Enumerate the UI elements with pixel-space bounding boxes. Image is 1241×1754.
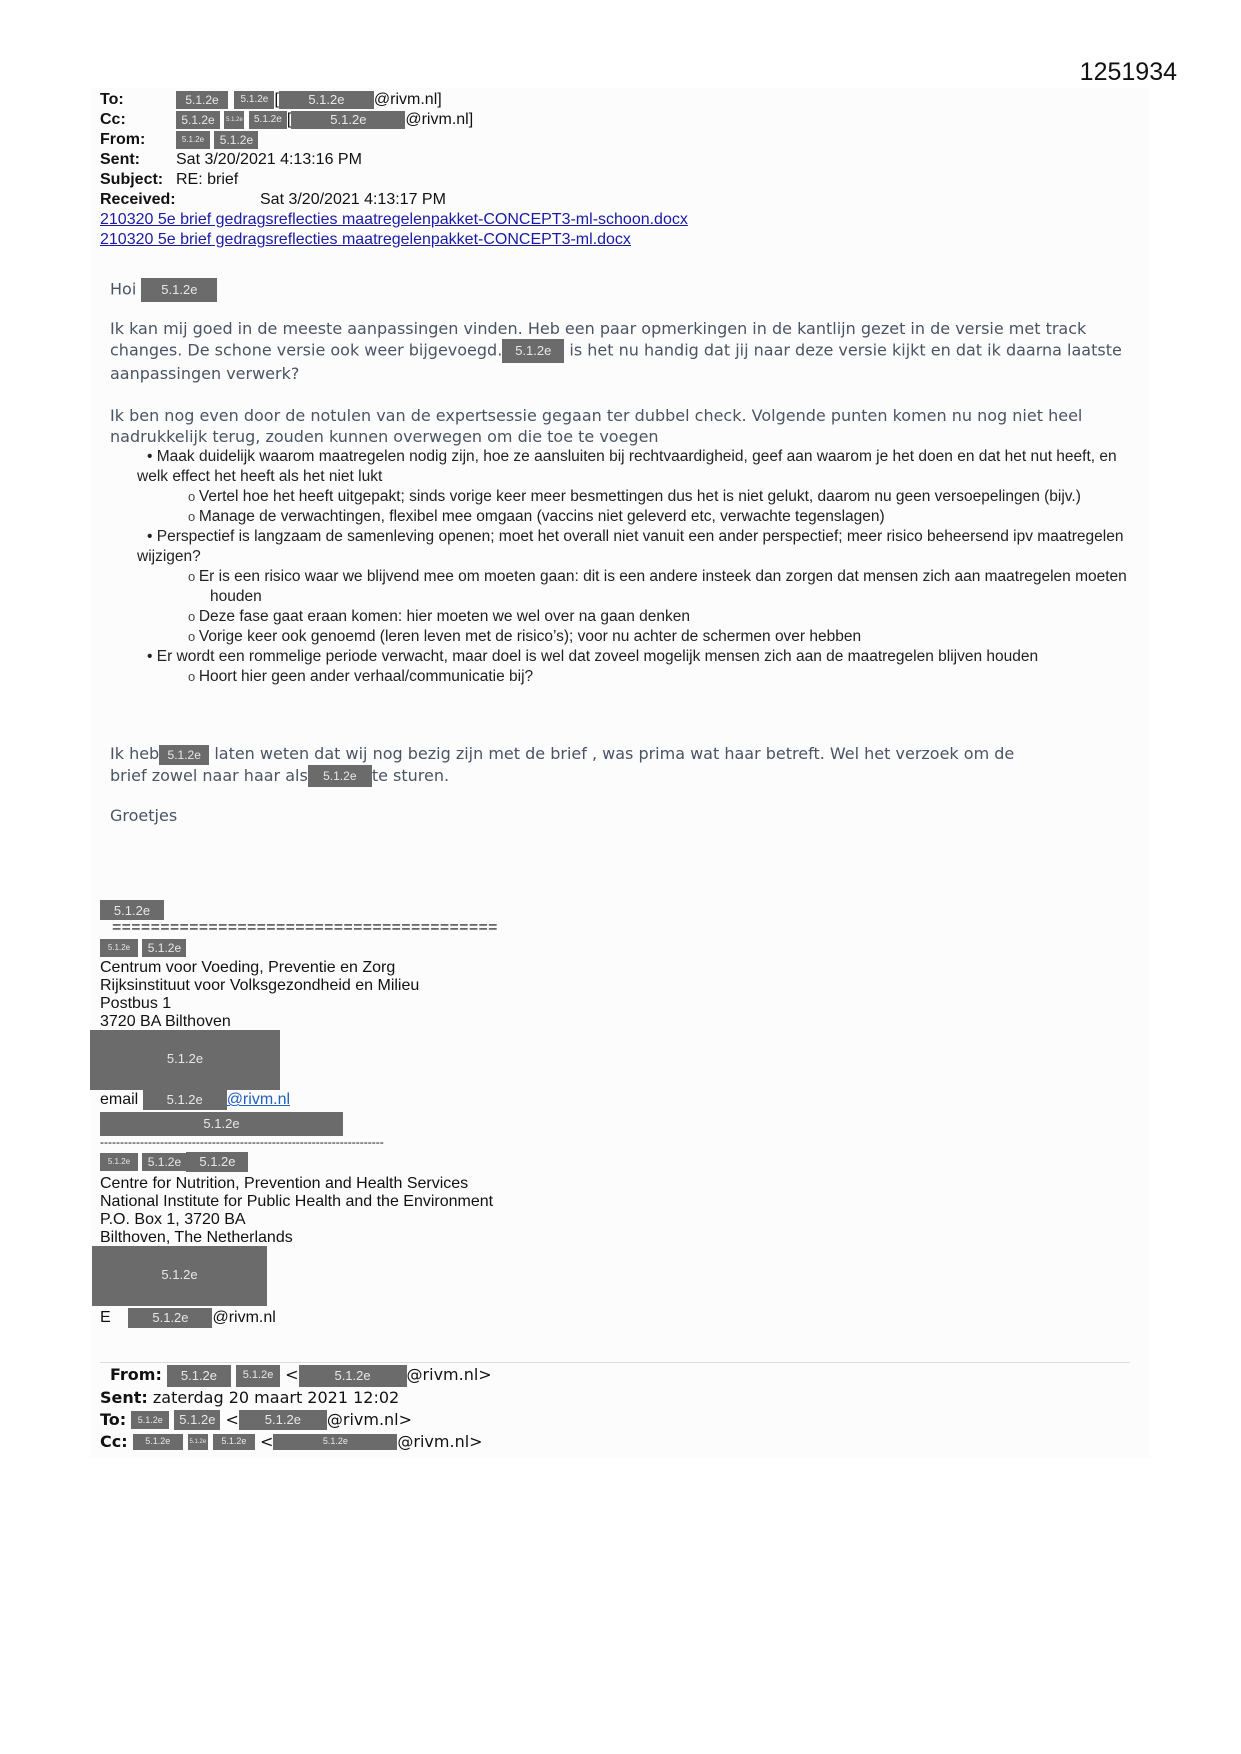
redaction: 5.1.2e [273,1434,397,1450]
address-line: Centre for Nutrition, Prevention and Hea… [100,1174,498,1192]
greeting-text: Hoi [110,280,136,299]
fwd-cc-suffix: @rivm.nl> [397,1432,482,1451]
paragraph-3c: brief zowel naar haar als [110,766,308,785]
email-link[interactable]: @rivm.nl [227,1091,290,1108]
sent-value: Sat 3/20/2021 4:13:16 PM [176,151,362,168]
bullet-icon: • [137,528,157,545]
redaction: 5.1.2e [100,1153,138,1171]
redaction: 5.1.2e [224,111,244,129]
fwd-from-label: From: [110,1365,162,1384]
circle-bullet-icon: o [188,609,199,624]
redaction: 5.1.2e [167,1365,231,1387]
attachment-link-tracked[interactable]: 210320 5e brief gedragsreflecties maatre… [100,231,631,248]
sub-bullet-text: Vorige keer ook genoemd (leren leven met… [199,628,861,645]
email-label: email [100,1091,138,1108]
sub-bullet-item: o Manage de verwachtingen, flexibel mee … [188,507,1140,527]
redaction: 5.1.2e [176,91,228,109]
fwd-cc-label: Cc: [100,1432,128,1451]
address-line: Centrum voor Voeding, Preventie en Zorg [100,958,498,976]
address-line: National Institute for Public Health and… [100,1192,498,1210]
bullet-list: • Maak duidelijk waarom maatregelen nodi… [110,447,1140,687]
bullet-text: Maak duidelijk waarom maatregelen nodig … [137,448,1117,485]
received-row: Received:Sat 3/20/2021 4:13:17 PM [100,190,688,210]
subject-row: Subject:RE: brief [100,170,688,190]
redaction: 5.1.2e [133,1434,183,1450]
bullet-item: • Er wordt een rommelige periode verwach… [145,647,1140,687]
redaction: 5.1.2e [188,1434,208,1450]
redaction: 5.1.2e [213,1434,255,1450]
redaction: 5.1.2e [128,1308,212,1328]
redaction: 5.1.2e [291,111,405,129]
signature: 5.1.2e =================================… [100,900,498,1332]
redaction: 5.1.2e [143,1090,227,1110]
circle-bullet-icon: o [188,569,199,584]
fwd-from-suffix: @rivm.nl> [407,1365,492,1384]
bullet-text: • Er wordt een rommelige periode verwach… [137,647,1140,667]
sub-bullet-item: o Vorige keer ook genoemd (leren leven m… [188,627,1140,647]
redaction: 5.1.2e [249,111,287,129]
address-line: Postbus 1 [100,994,498,1012]
redaction: 5.1.2e [176,131,210,149]
e-label: E [100,1309,111,1326]
address-line: P.O. Box 1, 3720 BA [100,1210,498,1228]
to-suffix: @rivm.nl] [374,91,442,108]
redaction: 5.1.2e [100,939,138,957]
from-row: From:5.1.2e 5.1.2e [100,130,688,150]
received-value: Sat 3/20/2021 4:13:17 PM [260,191,446,208]
sub-bullet-text: Vertel hoe het heeft uitgepakt; sinds vo… [199,488,1081,505]
bullet-text: • Perspectief is langzaam de samenleving… [137,527,1140,567]
cc-label: Cc: [100,110,184,130]
redaction: 5.1.2e [90,1030,280,1090]
bullet-item: • Maak duidelijk waarom maatregelen nodi… [145,447,1140,527]
email-body: Hoi 5.1.2e Ik kan mij goed in de meeste … [110,278,1140,826]
subject-value: RE: brief [176,171,238,188]
sub-bullet-text: Deze fase gaat eraan komen: hier moeten … [199,608,690,625]
fwd-to-suffix: @rivm.nl> [327,1410,412,1429]
closing: Groetjes [110,805,1140,826]
bullet-text: Perspectief is langzaam de samenleving o… [137,528,1123,565]
redaction: 5.1.2e [100,1112,343,1136]
greeting: Hoi 5.1.2e [110,278,1140,302]
received-label: Received: [100,190,260,210]
redaction: 5.1.2e [100,900,164,920]
redaction: 5.1.2e [131,1411,169,1429]
redaction: 5.1.2e [308,765,372,787]
redaction: 5.1.2e [299,1365,407,1387]
sub-bullet-item: o Deze fase gaat eraan komen: hier moete… [188,607,1140,627]
document-number: 1251934 [1080,58,1177,87]
redaction: 5.1.2e [92,1246,267,1306]
paragraph-2: Ik ben nog even door de notulen van de e… [110,405,1140,447]
redaction: 5.1.2e [159,745,209,765]
fwd-to-label: To: [100,1410,126,1429]
circle-bullet-icon: o [188,509,199,524]
fwd-sent-label: Sent: [100,1388,148,1407]
address-line: Rijksinstituut voor Volksgezondheid en M… [100,976,498,994]
address-en: Centre for Nutrition, Prevention and Hea… [100,1174,498,1246]
sub-bullet-item: o Er is een risico waar we blijvend mee … [188,567,1140,607]
redaction: 5.1.2e [214,131,258,149]
redaction: 5.1.2e [239,1410,327,1430]
attachment-link-clean[interactable]: 210320 5e brief gedragsreflecties maatre… [100,211,688,228]
bullet-text: • Maak duidelijk waarom maatregelen nodi… [137,447,1140,487]
subject-label: Subject: [100,170,184,190]
paragraph-3: Ik heb5.1.2e laten weten dat wij nog bez… [110,743,1140,787]
address-nl: Centrum voor Voeding, Preventie en ZorgR… [100,958,498,1030]
from-label: From: [100,130,184,150]
sub-bullet-text: Manage de verwachtingen, flexibel mee om… [199,508,885,525]
bullet-text: Er wordt een rommelige periode verwacht,… [157,648,1038,665]
lt: < [225,1410,238,1429]
paragraph-3b: laten weten dat wij nog bezig zijn met d… [214,744,1014,763]
address-line: 3720 BA Bilthoven [100,1012,498,1030]
redaction: 5.1.2e [176,111,220,129]
circle-bullet-icon: o [188,489,199,504]
cc-suffix: @rivm.nl] [405,111,473,128]
sent-row: Sent:Sat 3/20/2021 4:13:16 PM [100,150,688,170]
redaction: 5.1.2e [186,1152,248,1172]
circle-bullet-icon: o [188,629,199,644]
to-row: To:5.1.2e 5.1.2e[5.1.2e@rivm.nl] [100,90,688,110]
bullet-icon: • [137,648,157,665]
redaction: 5.1.2e [502,339,564,363]
divider [100,1362,1130,1363]
lt: < [260,1432,273,1451]
sent-label: Sent: [100,150,184,170]
e-domain: @rivm.nl [212,1309,275,1326]
redaction: 5.1.2e [279,91,374,109]
separator-dash: ----------------------------------------… [100,1136,498,1152]
paragraph-1: Ik kan mij goed in de meeste aanpassinge… [110,318,1140,384]
cc-row: Cc:5.1.2e 5.1.2e 5.1.2e[5.1.2e@rivm.nl] [100,110,688,130]
paragraph-3a: Ik heb [110,744,159,763]
redaction: 5.1.2e [141,278,217,302]
redaction: 5.1.2e [174,1410,220,1430]
bullet-icon: • [137,448,157,465]
redaction: 5.1.2e [234,91,274,109]
to-label: To: [100,90,184,110]
forwarded-header: From: 5.1.2e 5.1.2e <5.1.2e@rivm.nl> Sen… [100,1364,492,1453]
sub-bullet-text: Er is een risico waar we blijvend mee om… [199,568,1127,605]
paragraph-3d: te sturen. [372,766,449,785]
redaction: 5.1.2e [142,1153,186,1171]
address-line: Bilthoven, The Netherlands [100,1228,498,1246]
bullet-item: • Perspectief is langzaam de samenleving… [145,527,1140,647]
email-header: To:5.1.2e 5.1.2e[5.1.2e@rivm.nl] Cc:5.1.… [100,90,688,250]
separator-equals: ======================================== [100,920,498,938]
lt: < [285,1365,298,1384]
redaction: 5.1.2e [142,939,186,957]
fwd-sent-value: zaterdag 20 maart 2021 12:02 [153,1388,399,1407]
circle-bullet-icon: o [188,669,199,684]
sub-bullet-text: Hoort hier geen ander verhaal/communicat… [199,668,533,685]
sub-bullet-item: o Hoort hier geen ander verhaal/communic… [188,667,1140,687]
sub-bullet-item: o Vertel hoe het heeft uitgepakt; sinds … [188,487,1140,507]
redaction: 5.1.2e [236,1365,280,1387]
